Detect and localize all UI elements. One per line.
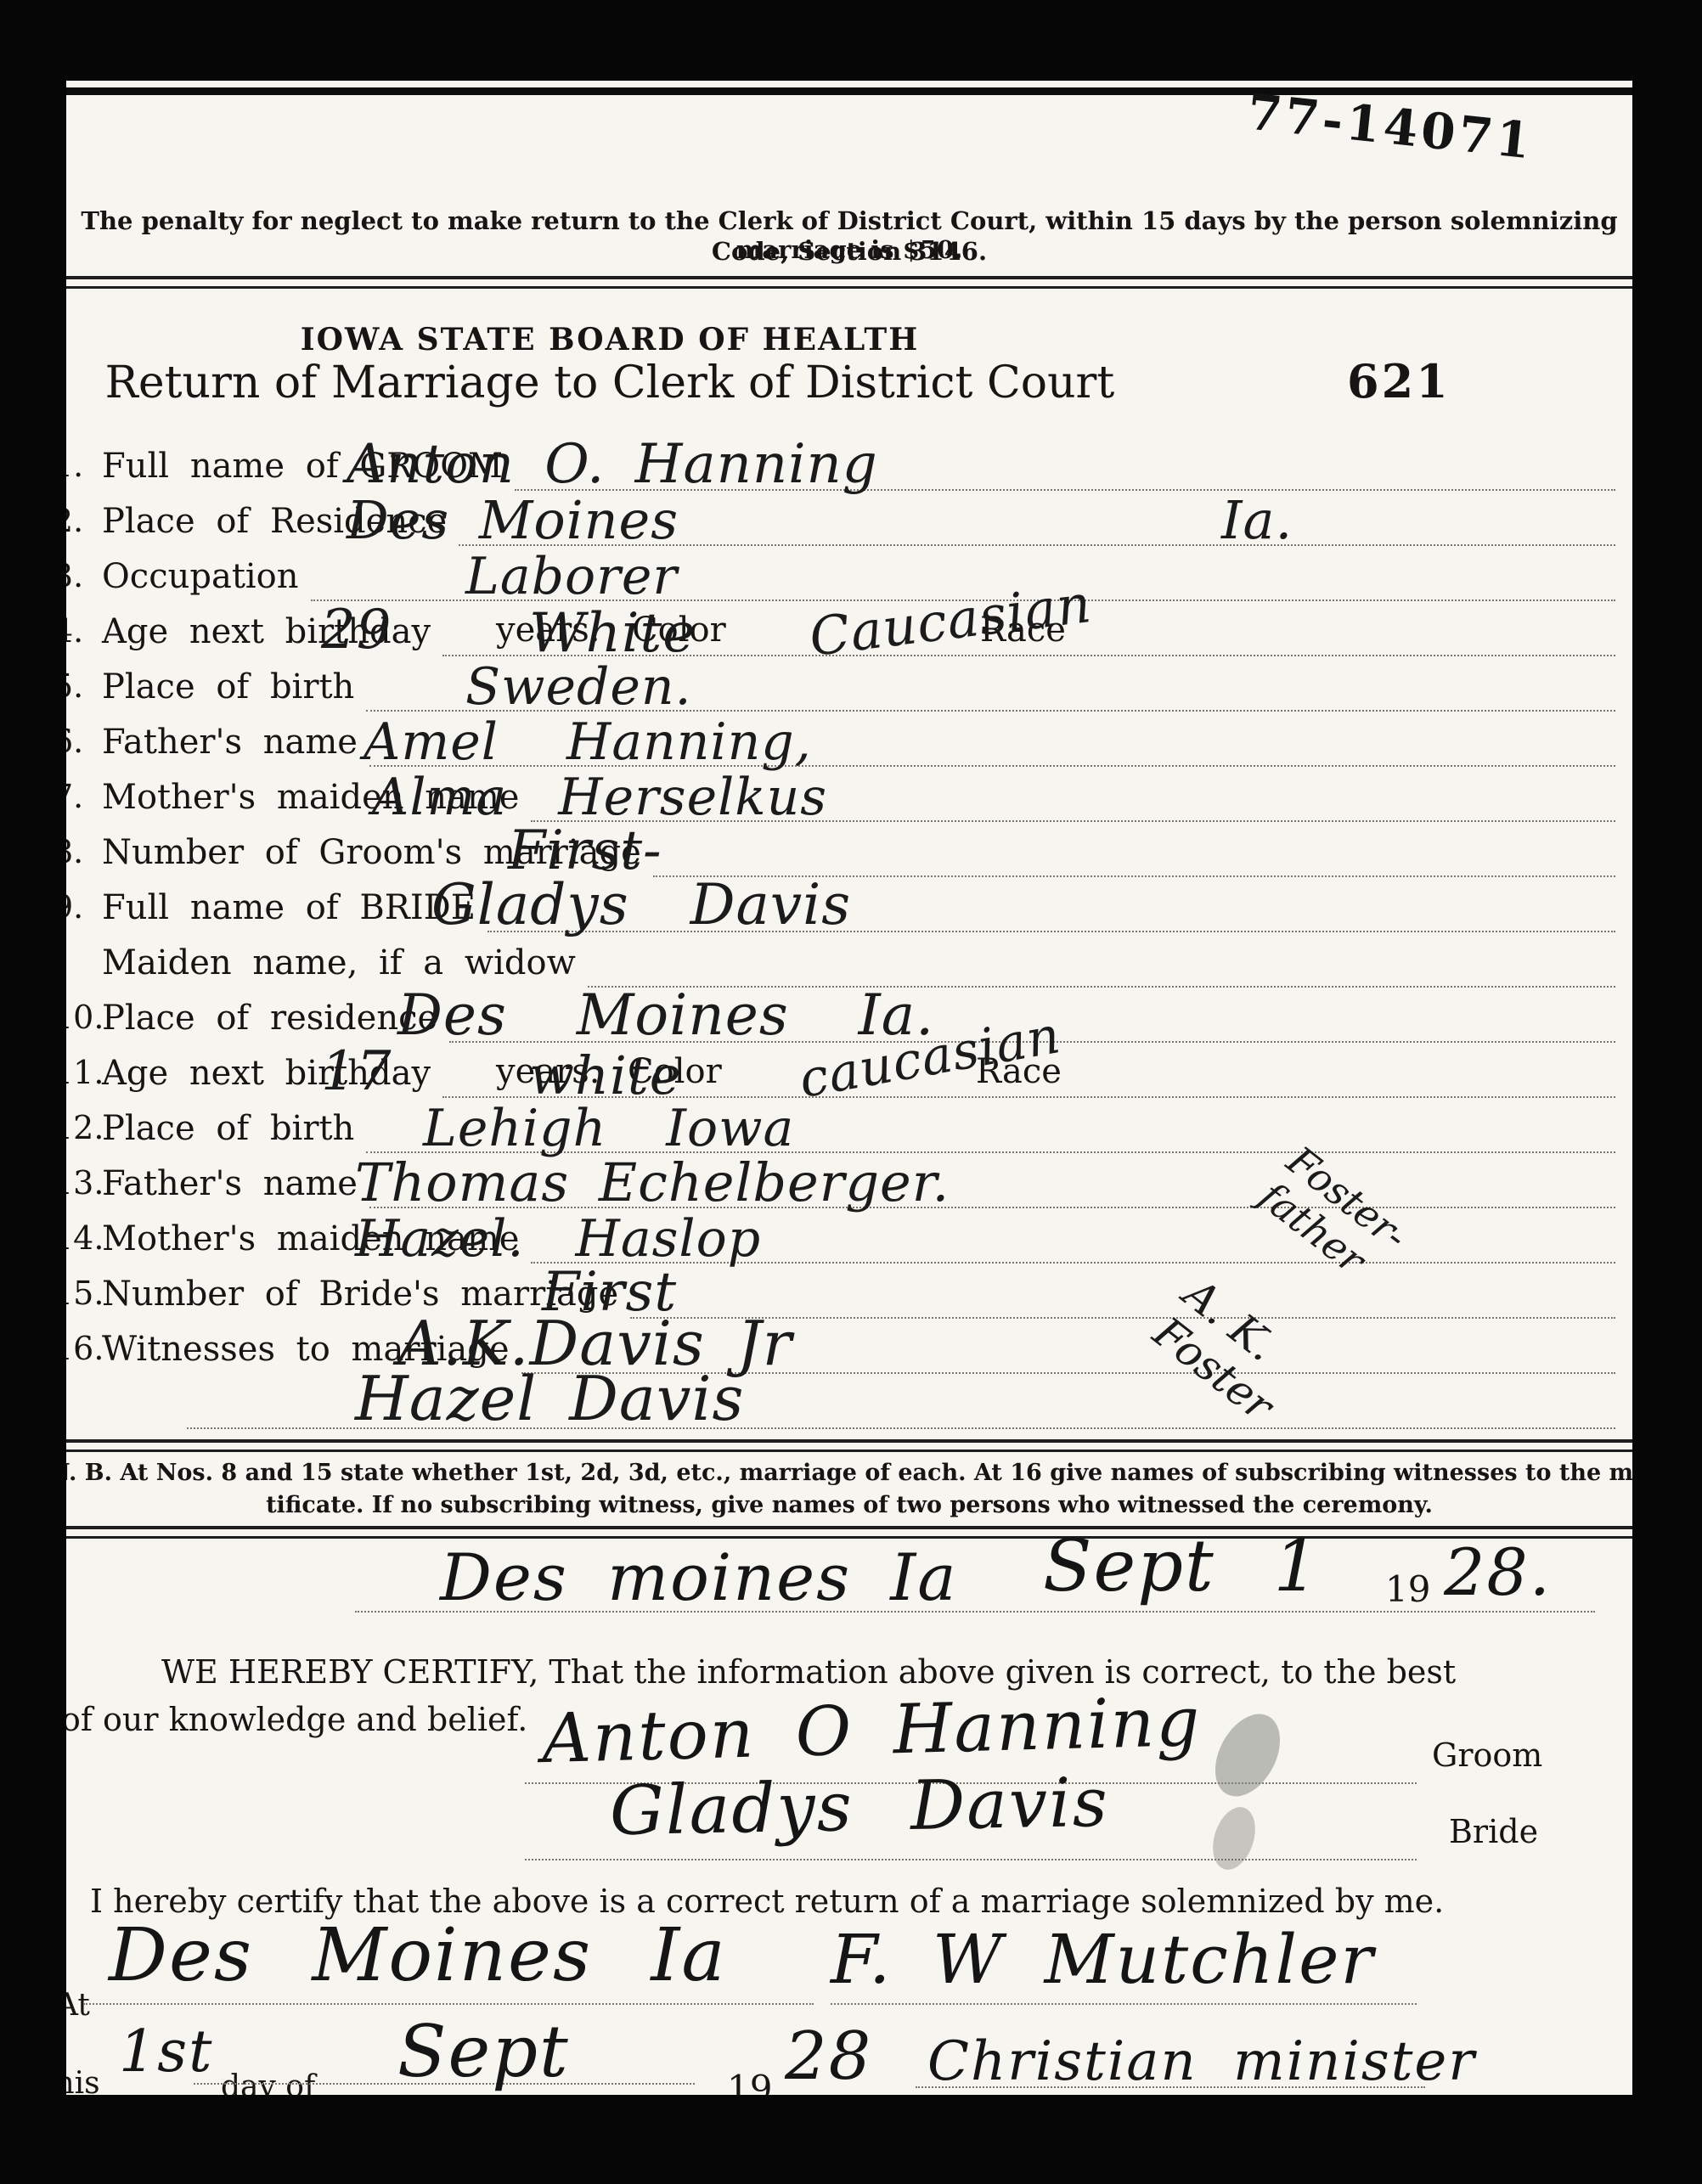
handwritten-groom-father: Amel Hanning,	[364, 712, 812, 772]
row-maiden-name-if-widow: Maiden name, if a widow	[66, 932, 1615, 988]
bride-signature: Gladys Davis	[609, 1763, 1109, 1850]
handwritten-day: 1st	[119, 2018, 214, 2085]
double-rule	[66, 1439, 1632, 1452]
certificate-paper: 77-14071 The penalty for neglect to make…	[66, 81, 1632, 2095]
row-number: 9.	[66, 888, 95, 926]
row-number: 8.	[66, 833, 95, 870]
handwritten-witness-2: Hazel Davis	[355, 1363, 744, 1434]
row-number: 16.	[66, 1330, 95, 1367]
row-number: 6.	[66, 723, 95, 760]
double-rule	[66, 276, 1632, 289]
handwritten-groom-name: Anton O. Hanning	[347, 433, 878, 496]
handwritten-bride-name: Gladys Davis	[431, 872, 851, 937]
handwritten-bride-residence: Des Moines Ia.	[397, 982, 934, 1048]
handwritten-groom-color: White	[529, 602, 696, 665]
officiant-title-rule	[916, 2085, 1425, 2088]
handwritten-groom-residence-state: Ia.	[1221, 489, 1293, 551]
row-label: Place of birth	[102, 1109, 354, 1153]
handwritten-solemnization-place: Des Moines Ia	[109, 1913, 727, 1998]
handwritten-certification-date: Sept 1	[1043, 1524, 1321, 1607]
officiant-signature: F. W Mutchler	[831, 1920, 1375, 1999]
row-bride-age-color-race: 11. Age next birthday years. Color Race …	[66, 1043, 1615, 1098]
ink-blot	[1202, 1703, 1293, 1808]
row-label: Father's name	[102, 1164, 358, 1208]
officiant-signature-rule	[831, 2001, 1417, 2005]
row-witness-2: Hazel Davis	[66, 1374, 1615, 1429]
handwritten-groom-birthplace: Sweden.	[465, 657, 692, 717]
row-label: Occupation	[102, 557, 299, 601]
groom-label: Groom	[1432, 1737, 1542, 1774]
handwritten-bride-color: white	[529, 1044, 681, 1106]
handwritten-bride-mother: Hazel. Haslop	[355, 1209, 761, 1269]
nb-note-line1: N. B. At Nos. 8 and 15 state whether 1st…	[66, 1460, 1632, 1486]
handwritten-bride-birthplace: Lehigh Iowa	[423, 1099, 794, 1158]
handwritten-year: 28	[785, 2018, 872, 2095]
row-bride-residence: 10. Place of residence Des Moines Ia.	[66, 988, 1615, 1043]
row-number: 1.	[66, 447, 95, 484]
handwritten-groom-age: 29	[321, 599, 392, 661]
row-number: 15.	[66, 1275, 95, 1312]
row-groom-age-color-race: 4. Age next birthday years. Color Race 2…	[66, 601, 1615, 656]
row-number: 12.	[66, 1109, 95, 1146]
row-groom-mother: 7. Mother's maiden name Alma Herselkus	[66, 767, 1615, 822]
handwritten-certification-year: 28.	[1444, 1534, 1552, 1610]
row-groom-name: 1. Full name of GROOM Anton O. Hanning	[66, 436, 1615, 491]
printed-year-prefix: 19	[727, 2068, 772, 2095]
row-groom-father: 6. Father's name Amel Hanning,	[66, 712, 1615, 767]
row-number: 7.	[66, 778, 95, 815]
row-number: 13.	[66, 1164, 95, 1202]
bride-label: Bride	[1449, 1813, 1538, 1850]
certify-statement-line1: WE HEREBY CERTIFY, That the information …	[161, 1653, 1456, 1691]
handwritten-groom-residence: Des Moines	[347, 489, 679, 551]
row-number: 5.	[66, 667, 95, 705]
ink-blot	[1205, 1802, 1262, 1875]
row-label: Place of birth	[102, 667, 354, 712]
row-groom-occupation: 3. Occupation Laborer	[66, 546, 1615, 601]
bride-signature-rule	[525, 1857, 1417, 1860]
certify-statement-line2: of our knowledge and belief.	[66, 1701, 527, 1738]
document-title: Return of Marriage to Clerk of District …	[66, 357, 1153, 408]
row-number: 11.	[66, 1054, 95, 1091]
row-number: 10.	[66, 999, 95, 1036]
row-label: Maiden name, if a widow	[102, 943, 576, 988]
row-label: Place of residence	[102, 999, 437, 1043]
this-label: this	[66, 2066, 100, 2095]
penalty-notice-line2: Code, Section 3146.	[66, 237, 1632, 266]
form-number: 621	[1347, 354, 1451, 408]
row-groom-marriage-number: 8. Number of Groom's marriage First-	[66, 822, 1615, 877]
row-label: Full name of BRIDE	[102, 888, 476, 932]
row-number: 14.	[66, 1219, 95, 1257]
handwritten-certification-place: Des moines Ia	[440, 1539, 958, 1615]
write-in-line	[588, 931, 1615, 988]
row-bride-name: 9. Full name of BRIDE Gladys Davis	[66, 877, 1615, 932]
row-number: 2.	[66, 502, 95, 539]
at-label: At	[66, 1988, 90, 2023]
handwritten-officiant-title: Christian minister	[927, 2030, 1476, 2093]
row-bride-birthplace: 12. Place of birth Lehigh Iowa	[66, 1098, 1615, 1153]
double-rule	[66, 1526, 1632, 1539]
record-number-stamp: 77-14071	[1244, 82, 1536, 170]
handwritten-month: Sept	[397, 2010, 570, 2093]
top-border-rule	[66, 87, 1632, 95]
nb-note-line2: tificate. If no subscribing witness, giv…	[66, 1492, 1632, 1518]
form-fields: 1. Full name of GROOM Anton O. Hanning 2…	[66, 436, 1615, 1429]
handwritten-bride-age: 17	[321, 1040, 392, 1103]
handwritten-groom-occupation: Laborer	[465, 547, 678, 606]
agency-name: IOWA STATE BOARD OF HEALTH	[66, 322, 1153, 357]
row-label: Father's name	[102, 723, 358, 767]
row-bride-marriage-number: 15. Number of Bride's marriage First	[66, 1264, 1615, 1319]
row-groom-residence: 2. Place of Residence Des Moines Ia.	[66, 491, 1615, 546]
printed-year-prefix: 19	[1385, 1568, 1430, 1610]
handwritten-bride-father: Thomas Echelberger.	[355, 1151, 950, 1213]
handwritten-groom-mother: Alma Herselkus	[372, 768, 827, 827]
row-number: 3.	[66, 557, 95, 594]
row-number: 4.	[66, 612, 95, 650]
row-witnesses: 16. Witnesses to marriage A.K.Davis Jr	[66, 1319, 1615, 1374]
place-rule	[83, 2001, 814, 2005]
scanned-marriage-return-document: 77-14071 The penalty for neglect to make…	[0, 0, 1702, 2184]
write-in-line	[653, 820, 1615, 877]
